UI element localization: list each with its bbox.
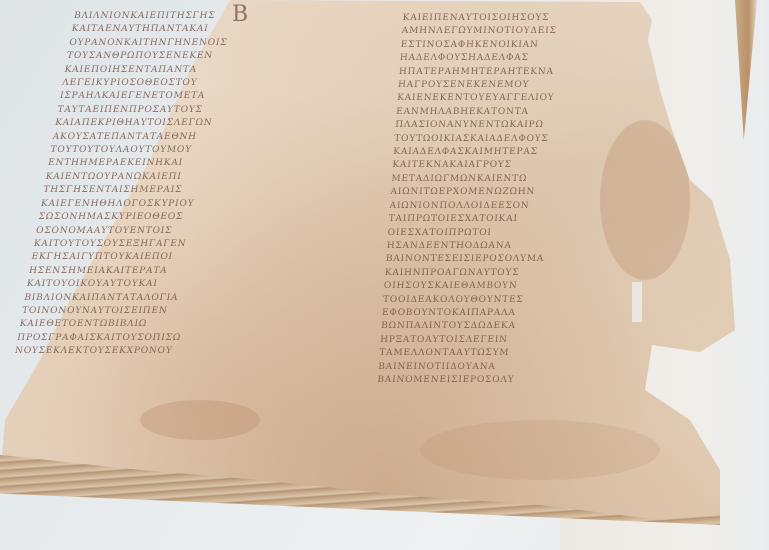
manuscript-line: ΗΣΑΝΔΕΕΝΤΗΟΔΩΑΝΑ <box>386 240 647 253</box>
manuscript-line: ΤΑΙΝΕΚΡΟΙΚΑΙΑΝΑΣΤΑΣΙΝ <box>13 359 313 360</box>
manuscript-line: ΒΑΙΝΟΜΕΝΕΙΣΙΕΡΟΣΟΛΥ <box>377 374 638 387</box>
manuscript-line: ΝΟΥΣΕΚΛΕΚΤΟΥΣΕΚΧΡΟΝΟΥ <box>14 345 316 358</box>
manuscript-line: ΤΗΣΓΗΣΕΝΤΑΙΣΗΜΕΡΑΙΣ <box>42 184 344 197</box>
manuscript-line: ΕΝΤΗΗΜΕΡΑΕΚΕΙΝΗΚΑΙ <box>47 157 349 170</box>
manuscript-line: ΑΜΗΝΛΕΓΩΥΜΙΝΟΤΙΟΥΔΕΙΣ <box>401 25 662 38</box>
manuscript-line: ΟΣΟΝΟΜΑΑΥΤΟΥΕΝΤΟΙΣ <box>35 225 337 238</box>
manuscript-line: ΚΑΙΕΓΕΝΗΘΗΛΟΓΟΣΚΥΡΙΟΥ <box>40 198 342 211</box>
manuscript-line: ΟΙΕΣΧΑΤΟΙΠΡΩΤΟΙ <box>387 227 648 240</box>
manuscript-line: ΙΣΡΑΗΛΚΑΙΕΓΕΝΕΤΟΜΕΤΑ <box>58 90 360 103</box>
manuscript-line: ΠΛΑΣΙΟΝΑΝΥΝΕΝΤΩΚΑΙΡΩ <box>395 119 656 132</box>
stain <box>420 420 660 480</box>
manuscript-line: ΗΠΑΤΕΡΑΗΜΗΤΕΡΑΗΤΕΚΝΑ <box>398 66 659 79</box>
manuscript-line: ΗΣΕΝΣΗΜΕΙΑΚΑΙΤΕΡΑΤΑ <box>28 265 330 278</box>
manuscript-line: ΚΑΙΕΠΟΙΗΣΕΝΤΑΠΑΝΤΑ <box>63 64 365 77</box>
manuscript-line: ΚΑΙΕΙΠΕΝΑΥΤΟΙΣΟΙΗΣΟΥΣ <box>402 12 663 25</box>
manuscript-line: ΚΑΙΕΘΕΤΟΕΝΤΩΒΙΒΛΙΩ <box>18 318 320 331</box>
manuscript-line: ΤΑΜΕΛΛΟΝΤΑΑΥΤΩΣΥΜ <box>379 347 640 360</box>
manuscript-line: ΚΑΙΤΑΕΝΑΥΤΗΠΑΝΤΑΚΑΙ <box>70 23 372 36</box>
manuscript-line: ΑΙΩΝΙΤΩΕΡΧΟΜΕΝΩΖΩΗΝ <box>390 186 651 199</box>
manuscript-line: ΒΑΙΝΕΙΝΟΤΙΙΔΟΥΑΝΑ <box>378 361 639 374</box>
manuscript-line: ΚΑΙΑΔΕΛΦΑΣΚΑΙΜΗΤΕΡΑΣ <box>393 146 654 159</box>
manuscript-line: ΕΑΝΜΗΛΑΒΗΕΚΑΤΟΝΤΑ <box>396 106 657 119</box>
manuscript-line: ΠΡΟΣΓΡΑΦΑΙΣΚΑΙΤΟΥΣΟΠΙΣΩ <box>16 332 318 345</box>
manuscript-line: ΛΕΓΕΙΚΥΡΙΟΣΟΘΕΟΣΤΟΥ <box>61 77 363 90</box>
manuscript-line: ΒΛΙΛΝΙΟΝΚΑΙΕΠΙΤΗΣΓΗΣ <box>73 10 375 23</box>
manuscript-line: ΤΑΥΤΑΕΙΠΕΝΠΡΟΣΑΥΤΟΥΣ <box>56 104 358 117</box>
manuscript-line: ΚΑΙΕΝΕΚΕΝΤΟΥΕΥΑΓΓΕΛΙΟΥ <box>397 92 658 105</box>
manuscript-line: ΤΟΟΙΔΕΑΚΟΛΟΥΘΟΥΝΤΕΣ <box>382 294 643 307</box>
manuscript-line: ΚΑΙΗΝΠΡΟΑΓΩΝΑΥΤΟΥΣ <box>384 267 645 280</box>
manuscript-line: ΚΑΙΕΝΤΩΟΥΡΑΝΩΚΑΙΕΠΙ <box>44 171 346 184</box>
left-text-column: ΒΛΙΛΝΙΟΝΚΑΙΕΠΙΤΗΣΓΗΣΚΑΙΤΑΕΝΑΥΤΗΠΑΝΤΑΚΑΙΟ… <box>13 10 375 360</box>
manuscript-line: ΒΑΙΝΟΝΤΕΣΕΙΣΙΕΡΟΣΟΛΥΜΑ <box>385 253 646 266</box>
manuscript-line: ΚΑΙΤΟΥΤΟΥΣΟΥΣΕΞΗΓΑΓΕΝ <box>32 238 334 251</box>
manuscript-line: ΜΕΤΑΔΙΩΓΜΩΝΚΑΙΕΝΤΩ <box>391 173 652 186</box>
right-text-column: ΚΑΙΕΙΠΕΝΑΥΤΟΙΣΟΙΗΣΟΥΣΑΜΗΝΛΕΓΩΥΜΙΝΟΤΙΟΥΔΕ… <box>377 12 663 387</box>
manuscript-line: ΤΟΥΣΑΝΘΡΩΠΟΥΣΕΝΕΚΕΝ <box>66 50 368 63</box>
manuscript-line: ΕΦΟΒΟΥΝΤΟΚΑΙΠΑΡΑΛΑ <box>382 307 643 320</box>
manuscript-line: ΤΑΙΠΡΩΤΟΙΕΣΧΑΤΟΙΚΑΙ <box>388 213 649 226</box>
manuscript-line: ΑΙΩΝΙΟΝΠΟΛΛΟΙΔΕΕΣΟΝ <box>389 200 650 213</box>
manuscript-line: ΤΟΥΤΟΥΤΟΥΛΑΟΥΤΟΥΜΟΥ <box>49 144 351 157</box>
manuscript-line: ΣΩΣΟΝΗΜΑΣΚΥΡΙΕΟΘΕΟΣ <box>37 211 339 224</box>
manuscript-line: ΑΚΟΥΣΑΤΕΠΑΝΤΑΤΑΕΘΝΗ <box>51 131 353 144</box>
manuscript-line: ΒΙΒΛΙΟΝΚΑΙΠΑΝΤΑΤΑΛΟΓΙΑ <box>23 292 325 305</box>
photo-scene: Β ΒΛΙΛΝΙΟΝΚΑΙΕΠΙΤΗΣΓΗΣΚΑΙΤΑΕΝΑΥΤΗΠΑΝΤΑΚΑ… <box>0 0 769 550</box>
manuscript-line: ΗΑΓΡΟΥΣΕΝΕΚΕΝΕΜΟΥ <box>397 79 658 92</box>
manuscript-line: ΤΟΥΤΩΟΙΚΙΑΣΚΑΙΑΔΕΛΦΟΥΣ <box>394 133 655 146</box>
manuscript-line: ΟΥΡΑΝΟΝΚΑΙΤΗΝΓΗΝΕΝΟΙΣ <box>68 37 370 50</box>
manuscript-line: ΗΡΞΑΤΟΑΥΤΟΙΣΛΕΓΕΙΝ <box>380 334 641 347</box>
manuscript-line: ΒΩΝΠΑΛΙΝΤΟΥΣΔΩΔΕΚΑ <box>381 320 642 333</box>
manuscript-line: ΚΑΙΤΟΥΟΙΚΟΥΑΥΤΟΥΚΑΙ <box>25 278 327 291</box>
manuscript-line: ΟΙΗΣΟΥΣΚΑΙΕΘΑΜΒΟΥΝ <box>383 280 644 293</box>
manuscript-line: ΚΑΙΑΠΕΚΡΙΘΗΑΥΤΟΙΣΛΕΓΩΝ <box>54 117 356 130</box>
torn-gap <box>632 282 642 322</box>
manuscript-line: ΕΣΤΙΝΟΣΑΦΗΚΕΝΟΙΚΙΑΝ <box>400 39 661 52</box>
manuscript-line: ΕΚΓΗΣΑΙΓΥΠΤΟΥΚΑΙΕΠΟΙ <box>30 251 332 264</box>
manuscript-line: ΗΑΔΕΛΦΟΥΣΗΑΔΕΛΦΑΣ <box>399 52 660 65</box>
manuscript-line: ΤΟΙΝΟΝΟΥΝΑΥΤΟΙΣΕΙΠΕΝ <box>21 305 323 318</box>
stain <box>140 400 260 440</box>
manuscript-line: ΚΑΙΤΕΚΝΑΚΑΙΑΓΡΟΥΣ <box>392 159 653 172</box>
